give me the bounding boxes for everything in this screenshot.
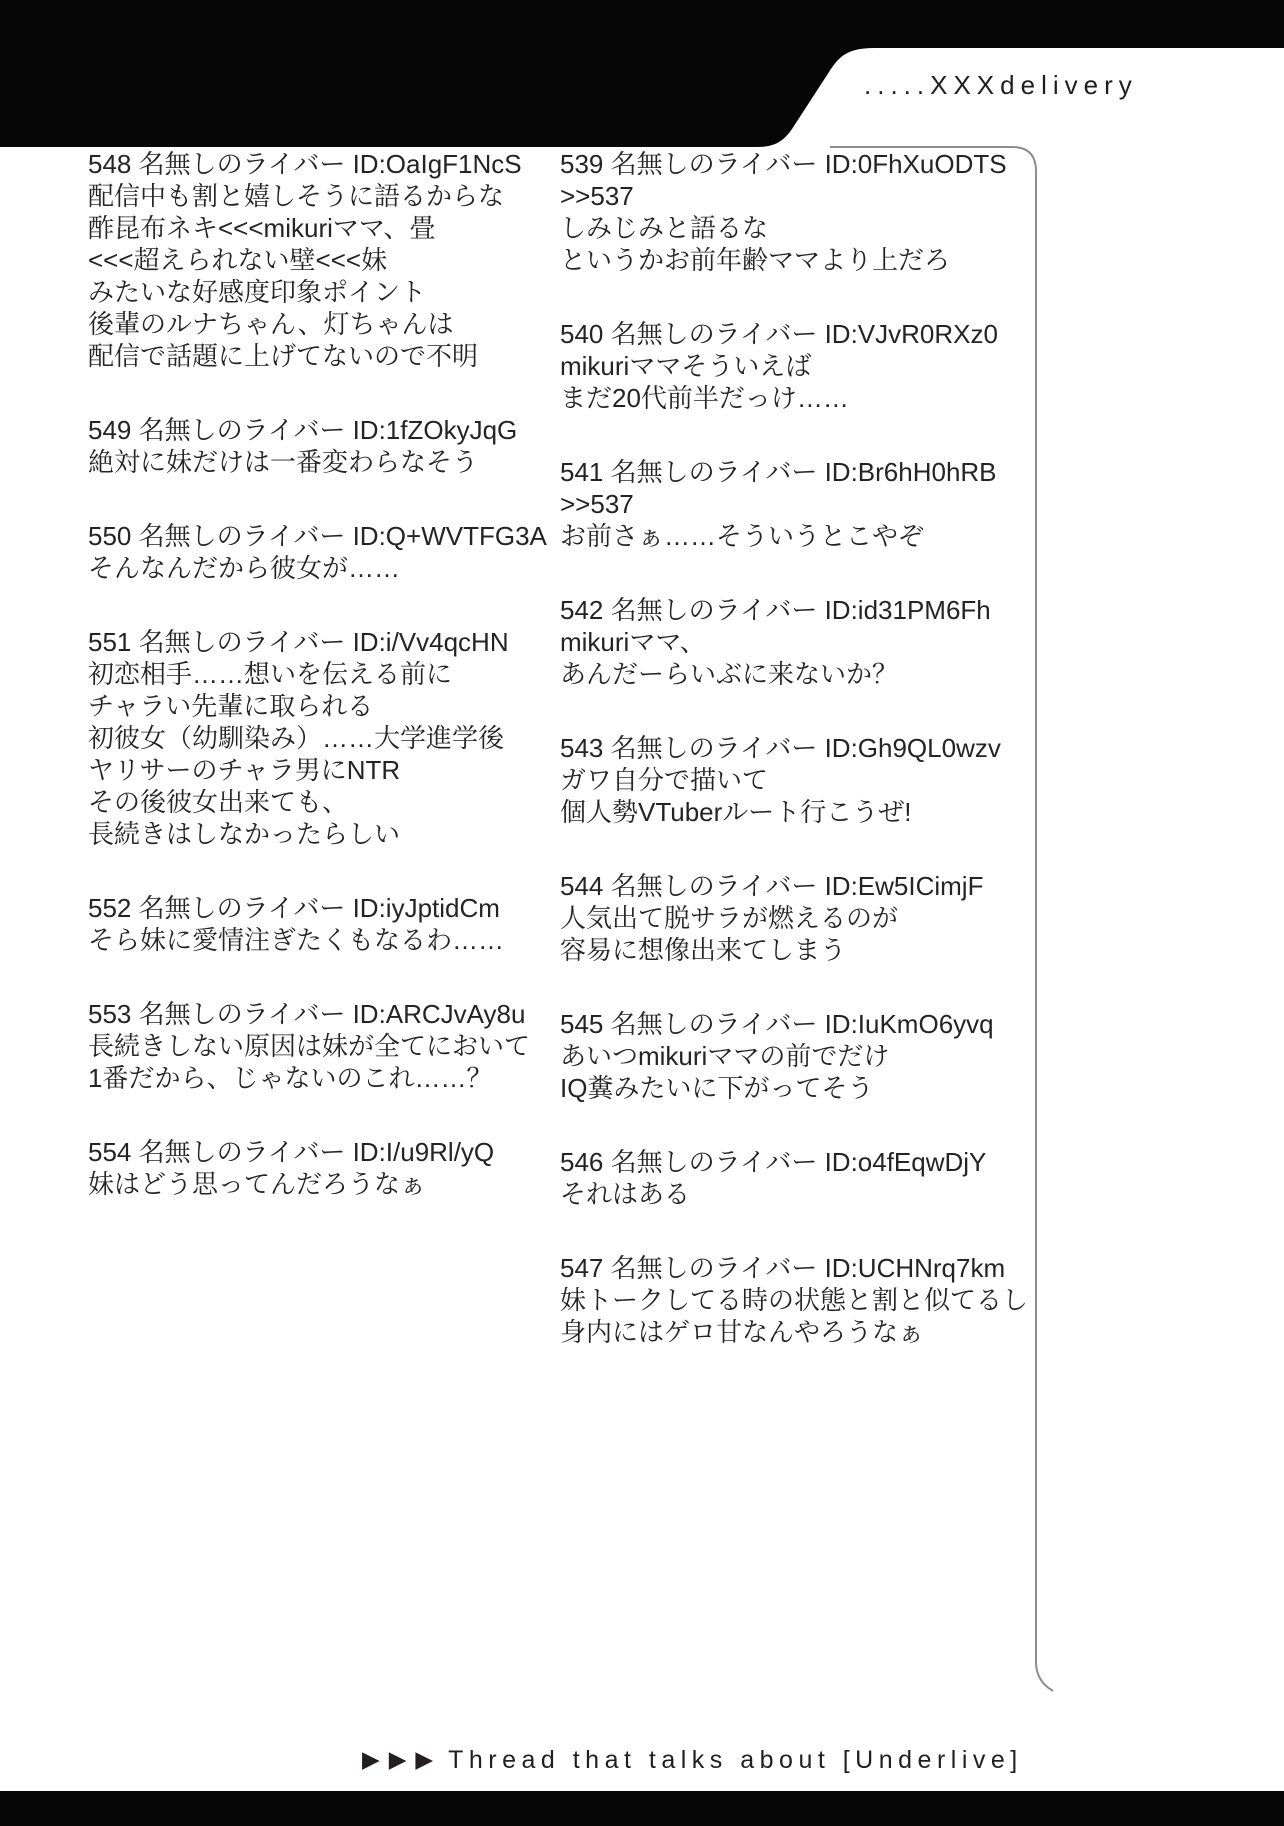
post-line: みたいな好感度印象ポイント: [88, 276, 558, 308]
post-line: 配信で話題に上げてないので不明: [88, 340, 558, 372]
post-header: 554 名無しのライバー ID:I/u9Rl/yQ: [88, 1136, 558, 1168]
poster-id: ID:iyJptidCm: [353, 893, 500, 923]
post-line: ガワ自分で描いて: [560, 764, 1040, 796]
poster-id: ID:Gh9QL0wzv: [825, 733, 1001, 763]
post-line: それはある: [560, 1178, 1040, 1210]
post-line: 絶対に妹だけは一番変わらなそう: [88, 446, 558, 478]
post-line: 後輩のルナちゃん、灯ちゃんは: [88, 308, 558, 340]
post-number: 553: [88, 999, 131, 1029]
poster-id: ID:1fZOkyJqG: [353, 415, 518, 445]
post-line: その後彼女出来ても、: [88, 786, 558, 818]
poster-id: ID:o4fEqwDjY: [825, 1147, 987, 1177]
post-number: 552: [88, 893, 131, 923]
poster-id: ID:id31PM6Fh: [825, 595, 991, 625]
post-541: 541 名無しのライバー ID:Br6hH0hRB >>537 お前さぁ……そう…: [560, 456, 1040, 552]
poster-id: ID:ARCJvAy8u: [353, 999, 526, 1029]
post-line: IQ糞みたいに下がってそう: [560, 1072, 1040, 1104]
post-reply-anchor: >>537: [560, 488, 1040, 520]
post-header: 544 名無しのライバー ID:Ew5ICimjF: [560, 870, 1040, 902]
post-number: 554: [88, 1137, 131, 1167]
post-line: 配信中も割と嬉しそうに語るからな: [88, 180, 558, 212]
post-line: 容易に想像出来てしまう: [560, 934, 1040, 966]
post-line: ヤリサーのチャラ男にNTR: [88, 754, 558, 786]
poster-name: 名無しのライバー: [611, 1253, 818, 1283]
post-551: 551 名無しのライバー ID:i/Vv4qcHN 初恋相手……想いを伝える前に…: [88, 626, 558, 850]
post-line: まだ20代前半だっけ……: [560, 382, 1040, 414]
poster-id: ID:0FhXuODTS: [825, 149, 1007, 179]
post-line: あんだーらいぶに来ないか？: [560, 658, 1040, 690]
post-line: mikuriママ、: [560, 626, 1040, 658]
post-line: <<<超えられない壁<<<妹: [88, 244, 558, 276]
thread-column-right: 539 名無しのライバー ID:0FhXuODTS >>537 しみじみと語るな…: [560, 148, 1040, 1390]
poster-name: 名無しのライバー: [139, 149, 346, 179]
post-549: 549 名無しのライバー ID:1fZOkyJqG 絶対に妹だけは一番変わらなそ…: [88, 414, 558, 478]
post-544: 544 名無しのライバー ID:Ew5ICimjF 人気出て脱サラが燃えるのが …: [560, 870, 1040, 966]
post-540: 540 名無しのライバー ID:VJvR0RXz0 mikuriママそういえば …: [560, 318, 1040, 414]
poster-name: 名無しのライバー: [139, 627, 346, 657]
post-header: 540 名無しのライバー ID:VJvR0RXz0: [560, 318, 1040, 350]
post-number: 548: [88, 149, 131, 179]
page: { "header": { "brand": ".....XXXdelivery…: [0, 0, 1284, 1826]
poster-id: ID:I/u9Rl/yQ: [353, 1137, 495, 1167]
post-line: 初恋相手……想いを伝える前に: [88, 658, 558, 690]
post-number: 545: [560, 1009, 603, 1039]
post-543: 543 名無しのライバー ID:Gh9QL0wzv ガワ自分で描いて 個人勢VT…: [560, 732, 1040, 828]
post-552: 552 名無しのライバー ID:iyJptidCm そら妹に愛情注ぎたくもなるわ…: [88, 892, 558, 956]
poster-name: 名無しのライバー: [139, 415, 346, 445]
post-line: 妹はどう思ってんだろうなぁ: [88, 1168, 558, 1200]
post-line: 長続きはしなかったらしい: [88, 818, 558, 850]
post-line: 1番だから、じゃないのこれ……？: [88, 1062, 558, 1094]
post-line: 長続きしない原因は妹が全てにおいて: [88, 1030, 558, 1062]
poster-name: 名無しのライバー: [139, 893, 346, 923]
poster-name: 名無しのライバー: [139, 1137, 346, 1167]
post-header: 541 名無しのライバー ID:Br6hH0hRB: [560, 456, 1040, 488]
poster-name: 名無しのライバー: [611, 1147, 818, 1177]
post-line: チャラい先輩に取られる: [88, 690, 558, 722]
post-header: 547 名無しのライバー ID:UCHNrq7km: [560, 1252, 1040, 1284]
post-550: 550 名無しのライバー ID:Q+WVTFG3A そんなんだから彼女が……: [88, 520, 558, 584]
post-547: 547 名無しのライバー ID:UCHNrq7km 妹トークしてる時の状態と割と…: [560, 1252, 1040, 1348]
post-header: 542 名無しのライバー ID:id31PM6Fh: [560, 594, 1040, 626]
post-header: 551 名無しのライバー ID:i/Vv4qcHN: [88, 626, 558, 658]
post-539: 539 名無しのライバー ID:0FhXuODTS >>537 しみじみと語るな…: [560, 148, 1040, 276]
footer-label: Thread that talks about [Underlive]: [448, 1746, 1023, 1774]
post-header: 545 名無しのライバー ID:IuKmO6yvq: [560, 1008, 1040, 1040]
poster-name: 名無しのライバー: [611, 457, 818, 487]
post-546: 546 名無しのライバー ID:o4fEqwDjY それはある: [560, 1146, 1040, 1210]
poster-name: 名無しのライバー: [611, 319, 818, 349]
post-line: 初彼女（幼馴染み）……大学進学後: [88, 722, 558, 754]
post-line: mikuriママそういえば: [560, 350, 1040, 382]
post-line: 個人勢VTuberルート行こうぜ!: [560, 796, 1040, 828]
poster-name: 名無しのライバー: [611, 871, 818, 901]
poster-id: ID:IuKmO6yvq: [825, 1009, 994, 1039]
poster-id: ID:Q+WVTFG3A: [353, 521, 547, 551]
footer-black-band: [0, 1791, 1284, 1826]
poster-name: 名無しのライバー: [611, 595, 818, 625]
poster-id: ID:UCHNrq7km: [825, 1253, 1006, 1283]
post-number: 547: [560, 1253, 603, 1283]
post-header: 548 名無しのライバー ID:OaIgF1NcS: [88, 148, 558, 180]
post-reply-anchor: >>537: [560, 180, 1040, 212]
post-header: 539 名無しのライバー ID:0FhXuODTS: [560, 148, 1040, 180]
post-number: 540: [560, 319, 603, 349]
poster-name: 名無しのライバー: [611, 1009, 818, 1039]
post-number: 542: [560, 595, 603, 625]
post-line: 人気出て脱サラが燃えるのが: [560, 902, 1040, 934]
post-number: 546: [560, 1147, 603, 1177]
post-line: 身内にはゲロ甘なんやろうなぁ: [560, 1316, 1040, 1348]
post-number: 543: [560, 733, 603, 763]
poster-id: ID:VJvR0RXz0: [825, 319, 998, 349]
poster-id: ID:Br6hH0hRB: [825, 457, 997, 487]
post-number: 550: [88, 521, 131, 551]
poster-name: 名無しのライバー: [139, 999, 346, 1029]
poster-id: ID:i/Vv4qcHN: [353, 627, 509, 657]
post-number: 541: [560, 457, 603, 487]
footer: ▶▶▶Thread that talks about [Underlive]: [362, 1746, 1023, 1775]
post-line: お前さぁ……そういうとこやぞ: [560, 520, 1040, 552]
post-header: 553 名無しのライバー ID:ARCJvAy8u: [88, 998, 558, 1030]
post-number: 544: [560, 871, 603, 901]
post-header: 546 名無しのライバー ID:o4fEqwDjY: [560, 1146, 1040, 1178]
post-line: そら妹に愛情注ぎたくもなるわ……: [88, 924, 558, 956]
post-number: 549: [88, 415, 131, 445]
poster-id: ID:OaIgF1NcS: [353, 149, 522, 179]
post-542: 542 名無しのライバー ID:id31PM6Fh mikuriママ、 あんだー…: [560, 594, 1040, 690]
post-line: あいつmikuriママの前でだけ: [560, 1040, 1040, 1072]
post-header: 550 名無しのライバー ID:Q+WVTFG3A: [88, 520, 558, 552]
poster-id: ID:Ew5ICimjF: [825, 871, 984, 901]
post-header: 552 名無しのライバー ID:iyJptidCm: [88, 892, 558, 924]
post-number: 539: [560, 149, 603, 179]
post-545: 545 名無しのライバー ID:IuKmO6yvq あいつmikuriママの前で…: [560, 1008, 1040, 1104]
post-line: 酢昆布ネキ<<<mikuriママ、畳: [88, 212, 558, 244]
post-line: というかお前年齢ママより上だろ: [560, 244, 1040, 276]
post-553: 553 名無しのライバー ID:ARCJvAy8u 長続きしない原因は妹が全てに…: [88, 998, 558, 1094]
post-554: 554 名無しのライバー ID:I/u9Rl/yQ 妹はどう思ってんだろうなぁ: [88, 1136, 558, 1200]
thread-column-left: 548 名無しのライバー ID:OaIgF1NcS 配信中も割と嬉しそうに語るか…: [88, 148, 558, 1242]
post-header: 543 名無しのライバー ID:Gh9QL0wzv: [560, 732, 1040, 764]
poster-name: 名無しのライバー: [611, 733, 818, 763]
header-brand: .....XXXdelivery: [864, 70, 1138, 101]
post-548: 548 名無しのライバー ID:OaIgF1NcS 配信中も割と嬉しそうに語るか…: [88, 148, 558, 372]
poster-name: 名無しのライバー: [611, 149, 818, 179]
post-line: そんなんだから彼女が……: [88, 552, 558, 584]
post-header: 549 名無しのライバー ID:1fZOkyJqG: [88, 414, 558, 446]
post-line: しみじみと語るな: [560, 212, 1040, 244]
post-line: 妹トークしてる時の状態と割と似てるし: [560, 1284, 1040, 1316]
footer-arrows-icon: ▶▶▶: [362, 1746, 442, 1772]
poster-name: 名無しのライバー: [139, 521, 346, 551]
post-number: 551: [88, 627, 131, 657]
